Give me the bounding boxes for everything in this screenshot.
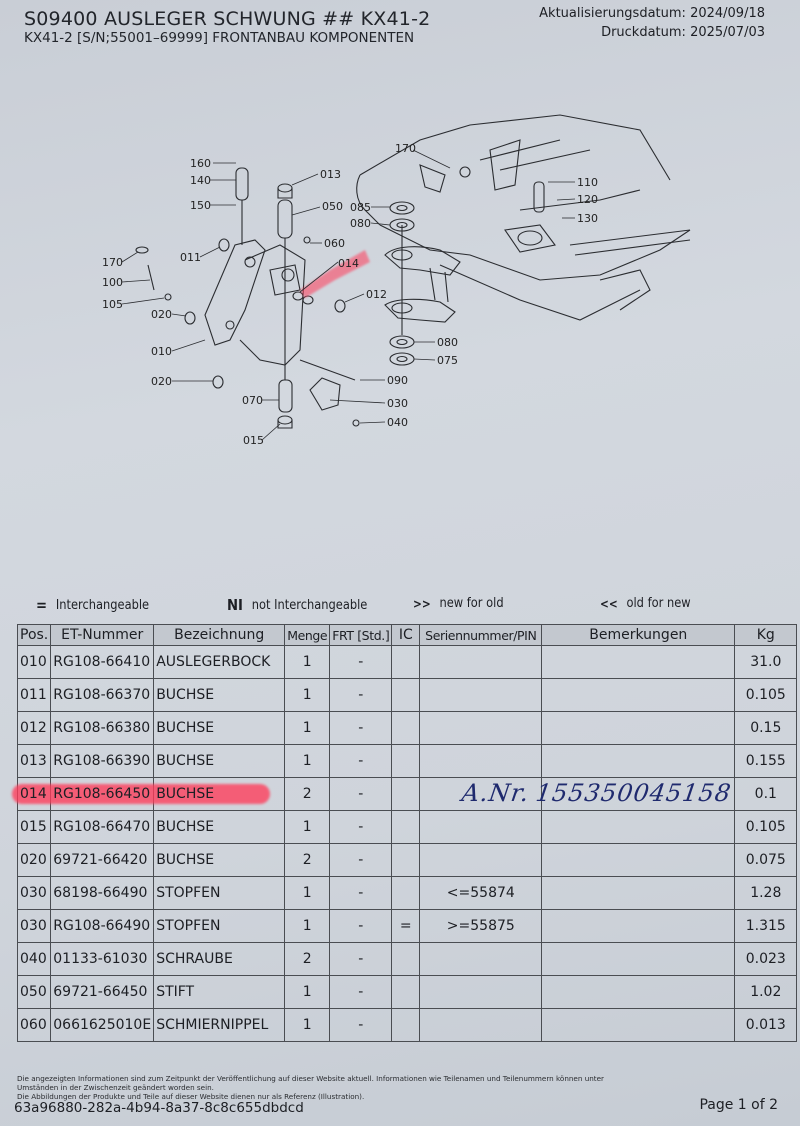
svg-text:140: 140: [190, 174, 211, 187]
cell-menge: 1: [285, 877, 330, 910]
cell-pos: 015: [18, 811, 51, 844]
cell-ic: [392, 679, 420, 712]
cell-bemerkungen: [542, 811, 735, 844]
svg-text:020: 020: [151, 375, 172, 388]
svg-text:080: 080: [437, 336, 458, 349]
cell-pos: 013: [18, 745, 51, 778]
cell-bezeichnung: BUCHSE: [154, 844, 285, 877]
svg-text:100: 100: [102, 276, 123, 289]
table-header-row: Pos. ET-Nummer Bezeichnung Menge FRT [St…: [18, 625, 797, 646]
cell-frt: -: [330, 943, 392, 976]
double-chevron-left-icon: <<: [600, 597, 618, 611]
svg-text:013: 013: [320, 168, 341, 181]
cell-frt: -: [330, 745, 392, 778]
svg-text:011: 011: [180, 251, 201, 264]
svg-text:050: 050: [322, 200, 343, 213]
cell-kg: 0.105: [735, 679, 797, 712]
cell-menge: 1: [285, 1009, 330, 1042]
cell-bezeichnung: STOPFEN: [154, 910, 285, 943]
table-row: 04001133-61030SCHRAUBE2-0.023: [18, 943, 797, 976]
cell-seriennummer: [420, 1009, 542, 1042]
col-bezeichnung: Bezeichnung: [154, 625, 285, 646]
document-title: S09400 AUSLEGER SCHWUNG ## KX41-2: [24, 8, 430, 30]
legend-item-interchangeable: = Interchangeable: [36, 596, 149, 614]
cell-bemerkungen: [542, 646, 735, 679]
cell-kg: 31.0: [735, 646, 797, 679]
cell-pos: 014: [18, 778, 51, 811]
table-row: 05069721-66450STIFT1-1.02: [18, 976, 797, 1009]
cell-frt: -: [330, 910, 392, 943]
cell-pos: 040: [18, 943, 51, 976]
svg-text:075: 075: [437, 354, 458, 367]
legend-item-old-for-new: << old for new: [600, 596, 691, 611]
svg-text:105: 105: [102, 298, 123, 311]
cell-kg: 0.15: [735, 712, 797, 745]
cell-bemerkungen: [542, 877, 735, 910]
table-row: 03068198-66490STOPFEN1-<=558741.28: [18, 877, 797, 910]
double-chevron-right-icon: >>: [413, 597, 431, 611]
svg-text:014: 014: [338, 257, 359, 270]
cell-frt: -: [330, 877, 392, 910]
cell-et-nummer: RG108-66450: [51, 778, 154, 811]
cell-menge: 1: [285, 712, 330, 745]
col-et-nummer: ET-Nummer: [51, 625, 154, 646]
cell-seriennummer: [420, 844, 542, 877]
page-indicator: Page 1 of 2: [699, 1097, 778, 1113]
cell-ic: [392, 976, 420, 1009]
cell-bezeichnung: BUCHSE: [154, 811, 285, 844]
cell-frt: -: [330, 646, 392, 679]
table-row: 011RG108-66370BUCHSE1-0.105: [18, 679, 797, 712]
cell-ic: [392, 646, 420, 679]
col-bemerkungen: Bemerkungen: [542, 625, 735, 646]
cell-et-nummer: RG108-66380: [51, 712, 154, 745]
cell-kg: 0.155: [735, 745, 797, 778]
cell-et-nummer: RG108-66370: [51, 679, 154, 712]
cell-ic: [392, 778, 420, 811]
cell-menge: 1: [285, 646, 330, 679]
cell-bemerkungen: [542, 910, 735, 943]
col-kg: Kg: [735, 625, 797, 646]
cell-bemerkungen: [542, 712, 735, 745]
svg-text:085: 085: [350, 201, 371, 214]
cell-ic: [392, 844, 420, 877]
cell-et-nummer: RG108-66490: [51, 910, 154, 943]
cell-bezeichnung: SCHMIERNIPPEL: [154, 1009, 285, 1042]
cell-et-nummer: RG108-66390: [51, 745, 154, 778]
svg-text:110: 110: [577, 176, 598, 189]
cell-kg: 1.02: [735, 976, 797, 1009]
svg-text:020: 020: [151, 308, 172, 321]
cell-pos: 060: [18, 1009, 51, 1042]
cell-et-nummer: 69721-66420: [51, 844, 154, 877]
cell-seriennummer: [420, 679, 542, 712]
svg-text:010: 010: [151, 345, 172, 358]
cell-ic: [392, 877, 420, 910]
document-id: 63a96880-282a-4b94-8a37-8c8c655dbdcd: [14, 1100, 304, 1116]
cell-et-nummer: 68198-66490: [51, 877, 154, 910]
col-pos: Pos.: [18, 625, 51, 646]
cell-bezeichnung: BUCHSE: [154, 679, 285, 712]
handwritten-note-prefix: A.Nr.: [460, 779, 531, 807]
cell-pos: 030: [18, 910, 51, 943]
svg-text:150: 150: [190, 199, 211, 212]
cell-et-nummer: 0661625010E: [51, 1009, 154, 1042]
cell-menge: 1: [285, 811, 330, 844]
cell-seriennummer: [420, 745, 542, 778]
svg-text:070: 070: [242, 394, 263, 407]
cell-pos: 050: [18, 976, 51, 1009]
table-row: 030RG108-66490STOPFEN1-=>=558751.315: [18, 910, 797, 943]
cell-seriennummer: [420, 712, 542, 745]
cell-menge: 1: [285, 910, 330, 943]
document-subtitle: KX41-2 [S/N;55001–69999] FRONTANBAU KOMP…: [24, 30, 414, 46]
cell-et-nummer: RG108-66410: [51, 646, 154, 679]
svg-text:030: 030: [387, 397, 408, 410]
cell-ic: =: [392, 910, 420, 943]
cell-bezeichnung: AUSLEGERBOCK: [154, 646, 285, 679]
cell-menge: 2: [285, 844, 330, 877]
svg-text:170: 170: [102, 256, 123, 269]
handwritten-order-number: 155350045158: [534, 779, 733, 807]
cell-kg: 0.013: [735, 1009, 797, 1042]
parts-table: Pos. ET-Nummer Bezeichnung Menge FRT [St…: [17, 624, 797, 1042]
svg-text:130: 130: [577, 212, 598, 225]
cell-frt: -: [330, 712, 392, 745]
cell-bezeichnung: BUCHSE: [154, 745, 285, 778]
cell-et-nummer: 01133-61030: [51, 943, 154, 976]
cell-frt: -: [330, 1009, 392, 1042]
cell-bemerkungen: [542, 745, 735, 778]
cell-seriennummer: [420, 811, 542, 844]
cell-bemerkungen: [542, 943, 735, 976]
cell-pos: 020: [18, 844, 51, 877]
cell-frt: -: [330, 679, 392, 712]
print-date: Druckdatum: 2025/07/03: [601, 25, 765, 40]
svg-text:015: 015: [243, 434, 264, 447]
cell-bezeichnung: BUCHSE: [154, 712, 285, 745]
cell-bemerkungen: [542, 1009, 735, 1042]
table-row: 02069721-66420BUCHSE2-0.075: [18, 844, 797, 877]
cell-menge: 2: [285, 778, 330, 811]
table-row: 0600661625010ESCHMIERNIPPEL1-0.013: [18, 1009, 797, 1042]
cell-menge: 2: [285, 943, 330, 976]
cell-kg: 1.315: [735, 910, 797, 943]
cell-frt: -: [330, 811, 392, 844]
legend-item-not-interchangeable: NI not Interchangeable: [227, 596, 367, 614]
table-row: 010RG108-66410AUSLEGERBOCK1-31.0: [18, 646, 797, 679]
cell-bezeichnung: STOPFEN: [154, 877, 285, 910]
exploded-parts-diagram: 160140150 013050060 014011170 100105020 …: [0, 60, 800, 580]
cell-pos: 012: [18, 712, 51, 745]
cell-ic: [392, 943, 420, 976]
cell-seriennummer: <=55874: [420, 877, 542, 910]
cell-kg: 0.105: [735, 811, 797, 844]
update-date: Aktualisierungsdatum: 2024/09/18: [539, 6, 765, 21]
cell-menge: 1: [285, 976, 330, 1009]
col-menge: Menge: [285, 625, 330, 646]
svg-text:060: 060: [324, 237, 345, 250]
svg-text:012: 012: [366, 288, 387, 301]
svg-text:040: 040: [387, 416, 408, 429]
cell-seriennummer: [420, 646, 542, 679]
table-row: 015RG108-66470BUCHSE1-0.105: [18, 811, 797, 844]
svg-text:170: 170: [395, 142, 416, 155]
legend-item-new-for-old: >> new for old: [413, 596, 504, 611]
cell-bezeichnung: SCHRAUBE: [154, 943, 285, 976]
col-seriennummer: Seriennummer/PIN: [420, 625, 542, 646]
table-body: 010RG108-66410AUSLEGERBOCK1-31.0011RG108…: [18, 646, 797, 1042]
not-interchangeable-icon: NI: [227, 596, 243, 614]
col-ic: IC: [392, 625, 420, 646]
cell-kg: 0.023: [735, 943, 797, 976]
equals-icon: =: [36, 596, 47, 614]
col-frt: FRT [Std.]: [330, 625, 392, 646]
cell-seriennummer: [420, 976, 542, 1009]
cell-kg: 0.1: [735, 778, 797, 811]
cell-pos: 011: [18, 679, 51, 712]
table-row: 012RG108-66380BUCHSE1-0.15: [18, 712, 797, 745]
cell-seriennummer: [420, 943, 542, 976]
cell-seriennummer: >=55875: [420, 910, 542, 943]
cell-pos: 010: [18, 646, 51, 679]
svg-text:160: 160: [190, 157, 211, 170]
cell-ic: [392, 1009, 420, 1042]
cell-bemerkungen: [542, 679, 735, 712]
cell-bemerkungen: [542, 976, 735, 1009]
cell-pos: 030: [18, 877, 51, 910]
cell-ic: [392, 811, 420, 844]
cell-menge: 1: [285, 745, 330, 778]
svg-text:080: 080: [350, 217, 371, 230]
cell-et-nummer: 69721-66450: [51, 976, 154, 1009]
cell-frt: -: [330, 844, 392, 877]
cell-kg: 0.075: [735, 844, 797, 877]
svg-text:120: 120: [577, 193, 598, 206]
interchangeability-legend: = Interchangeable NI not Interchangeable…: [0, 596, 800, 618]
cell-frt: -: [330, 778, 392, 811]
cell-et-nummer: RG108-66470: [51, 811, 154, 844]
cell-ic: [392, 745, 420, 778]
cell-bemerkungen: [542, 844, 735, 877]
cell-ic: [392, 712, 420, 745]
svg-text:090: 090: [387, 374, 408, 387]
disclaimer: Die angezeigten Informationen sind zum Z…: [17, 1074, 637, 1101]
cell-menge: 1: [285, 679, 330, 712]
cell-bezeichnung: STIFT: [154, 976, 285, 1009]
cell-frt: -: [330, 976, 392, 1009]
table-row: 013RG108-66390BUCHSE1-0.155: [18, 745, 797, 778]
cell-kg: 1.28: [735, 877, 797, 910]
